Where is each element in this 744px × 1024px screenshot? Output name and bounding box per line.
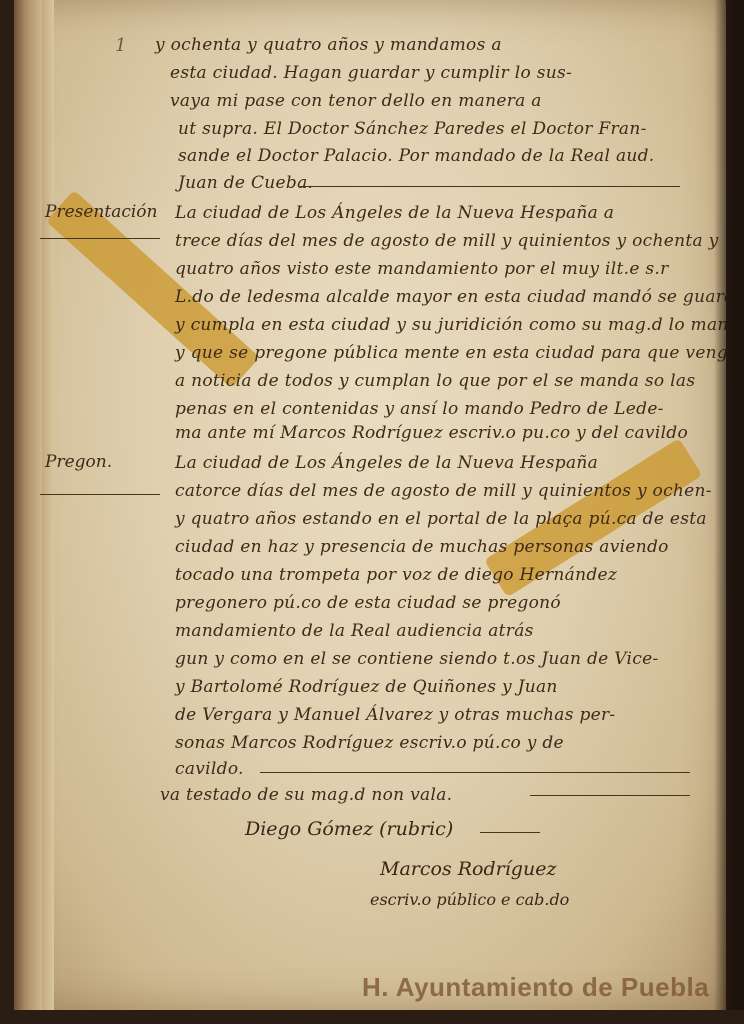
signature-flourish bbox=[480, 832, 540, 833]
watermark: H. Ayuntamiento de Puebla bbox=[362, 972, 709, 1003]
text-line: ut supra. El Doctor Sánchez Paredes el D… bbox=[178, 116, 704, 142]
text-line: esta ciudad. Hagan guardar y cumplir lo … bbox=[170, 60, 704, 86]
book-binding bbox=[14, 0, 42, 1012]
margin-label-presentacion: Presentación bbox=[45, 202, 157, 222]
text-line: quatro años visto este mandamiento por e… bbox=[175, 256, 704, 282]
text-line: sande el Doctor Palacio. Por mandado de … bbox=[178, 143, 704, 169]
text-line: ma ante mí Marcos Rodríguez escriv.o pu.… bbox=[175, 420, 704, 446]
scan-shadow bbox=[714, 0, 744, 1024]
text-line: La ciudad de Los Ángeles de la Nueva Hes… bbox=[175, 200, 704, 226]
text-line: cavildo. bbox=[175, 756, 704, 782]
text-line: penas en el contenidas y ansí lo mando P… bbox=[175, 396, 704, 422]
scan-bottom-edge bbox=[0, 1010, 744, 1024]
text-line: catorce días del mes de agosto de mill y… bbox=[175, 478, 704, 504]
text-line: sonas Marcos Rodríguez escriv.o pú.co y … bbox=[175, 730, 704, 756]
text-line: y que se pregone pública mente en esta c… bbox=[175, 340, 704, 366]
line-filler-rule bbox=[300, 186, 680, 187]
text-line: y ochenta y quatro años y mandamos a bbox=[155, 32, 704, 58]
text-line: La ciudad de Los Ángeles de la Nueva Hes… bbox=[175, 450, 704, 476]
text-line: tocado una trompeta por voz de diego Her… bbox=[175, 562, 704, 588]
text-line: vaya mi pase con tenor dello en manera a bbox=[170, 88, 704, 114]
text-line: y quatro años estando en el portal de la… bbox=[175, 506, 704, 532]
text-line: ciudad en haz y presencia de muchas pers… bbox=[175, 534, 704, 560]
line-filler-rule bbox=[260, 772, 690, 773]
signature-1: Diego Gómez (rubric) bbox=[245, 818, 453, 840]
text-line: y Bartolomé Rodríguez de Quiñones y Juan bbox=[175, 674, 704, 700]
text-line: pregonero pú.co de esta ciudad se pregon… bbox=[175, 590, 704, 616]
text-line: L.do de ledesma alcalde mayor en esta ci… bbox=[175, 284, 704, 310]
text-line: gun y como en el se contiene siendo t.os… bbox=[175, 646, 704, 672]
line-filler-rule bbox=[530, 795, 690, 796]
text-line: a noticia de todos y cumplan lo que por … bbox=[175, 368, 704, 394]
text-line: de Vergara y Manuel Álvarez y otras much… bbox=[175, 702, 704, 728]
text-line: trece días del mes de agosto de mill y q… bbox=[175, 228, 704, 254]
margin-rule bbox=[40, 238, 160, 239]
margin-rule bbox=[40, 494, 160, 495]
page-edge bbox=[42, 0, 54, 1012]
text-line: y cumpla en esta ciudad y su juridición … bbox=[175, 312, 704, 338]
margin-label-pregon: Pregon. bbox=[45, 452, 112, 472]
folio-mark: 1 bbox=[115, 35, 126, 56]
signature-3: escriv.o público e cab.do bbox=[370, 890, 569, 909]
text-line: Juan de Cueba. bbox=[178, 170, 704, 196]
signature-2: Marcos Rodríguez bbox=[380, 858, 556, 880]
text-line: mandamiento de la Real audiencia atrás bbox=[175, 618, 704, 644]
